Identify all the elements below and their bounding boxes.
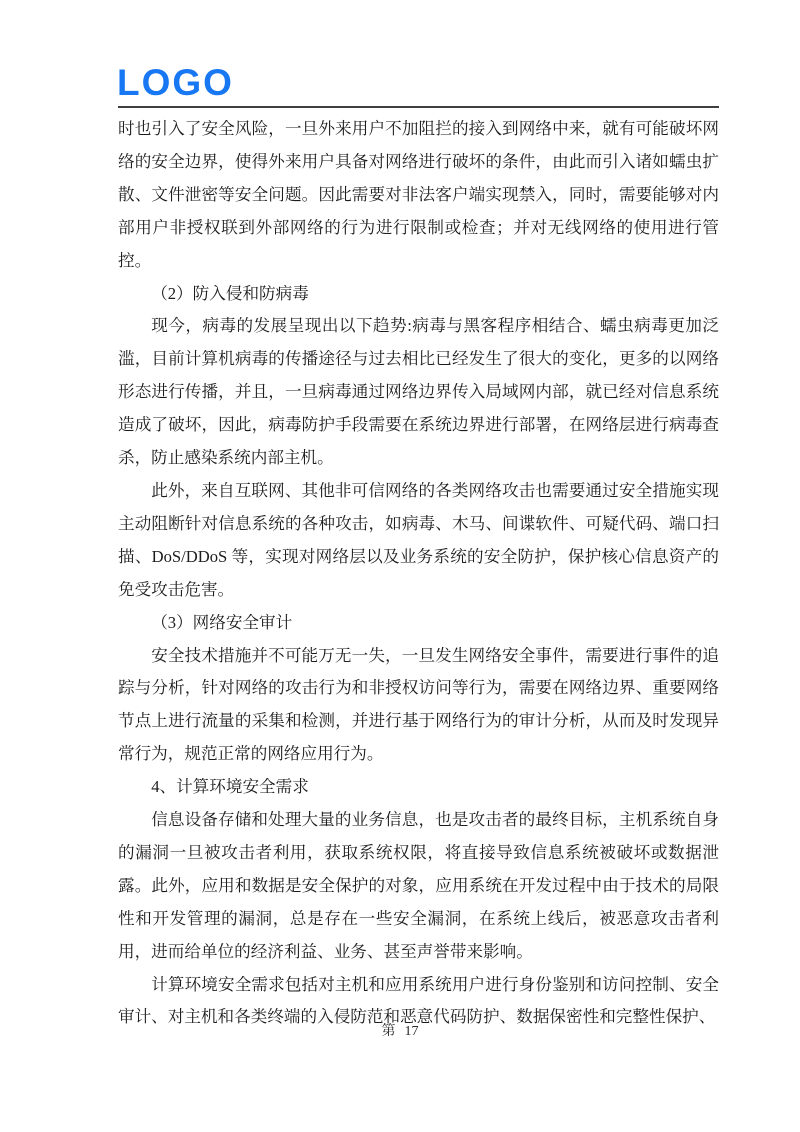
sub-heading-2: （2）防入侵和防病毒 <box>118 278 719 311</box>
sub-heading-3: （3）网络安全审计 <box>118 607 719 640</box>
document-body: 时也引入了安全风险，一旦外来用户不加阻拦的接入到网络中来，就有可能破坏网络的安全… <box>118 113 719 1034</box>
paragraph: 现今，病毒的发展呈现出以下趋势:病毒与黑客程序相结合、蠕虫病毒更加泛滥，目前计算… <box>118 310 719 475</box>
section-heading-4: 4、计算环境安全需求 <box>118 771 719 804</box>
page-number-value: 17 <box>405 1024 419 1039</box>
header-divider <box>118 106 719 108</box>
page-number-label: 第 <box>382 1024 396 1039</box>
paragraph: 此外，来自互联网、其他非可信网络的各类网络攻击也需要通过安全措施实现主动阻断针对… <box>118 475 719 607</box>
document-page: LOGO 时也引入了安全风险，一旦外来用户不加阻拦的接入到网络中来，就有可能破坏… <box>0 0 800 1132</box>
company-logo: LOGO <box>117 64 234 101</box>
page-footer: 第17 <box>0 1020 800 1040</box>
paragraph: 信息设备存储和处理大量的业务信息，也是攻击者的最终目标，主机系统自身的漏洞一旦被… <box>118 804 719 969</box>
paragraph: 安全技术措施并不可能万无一失，一旦发生网络安全事件，需要进行事件的追踪与分析，针… <box>118 640 719 772</box>
paragraph-continuation: 时也引入了安全风险，一旦外来用户不加阻拦的接入到网络中来，就有可能破坏网络的安全… <box>118 113 719 278</box>
